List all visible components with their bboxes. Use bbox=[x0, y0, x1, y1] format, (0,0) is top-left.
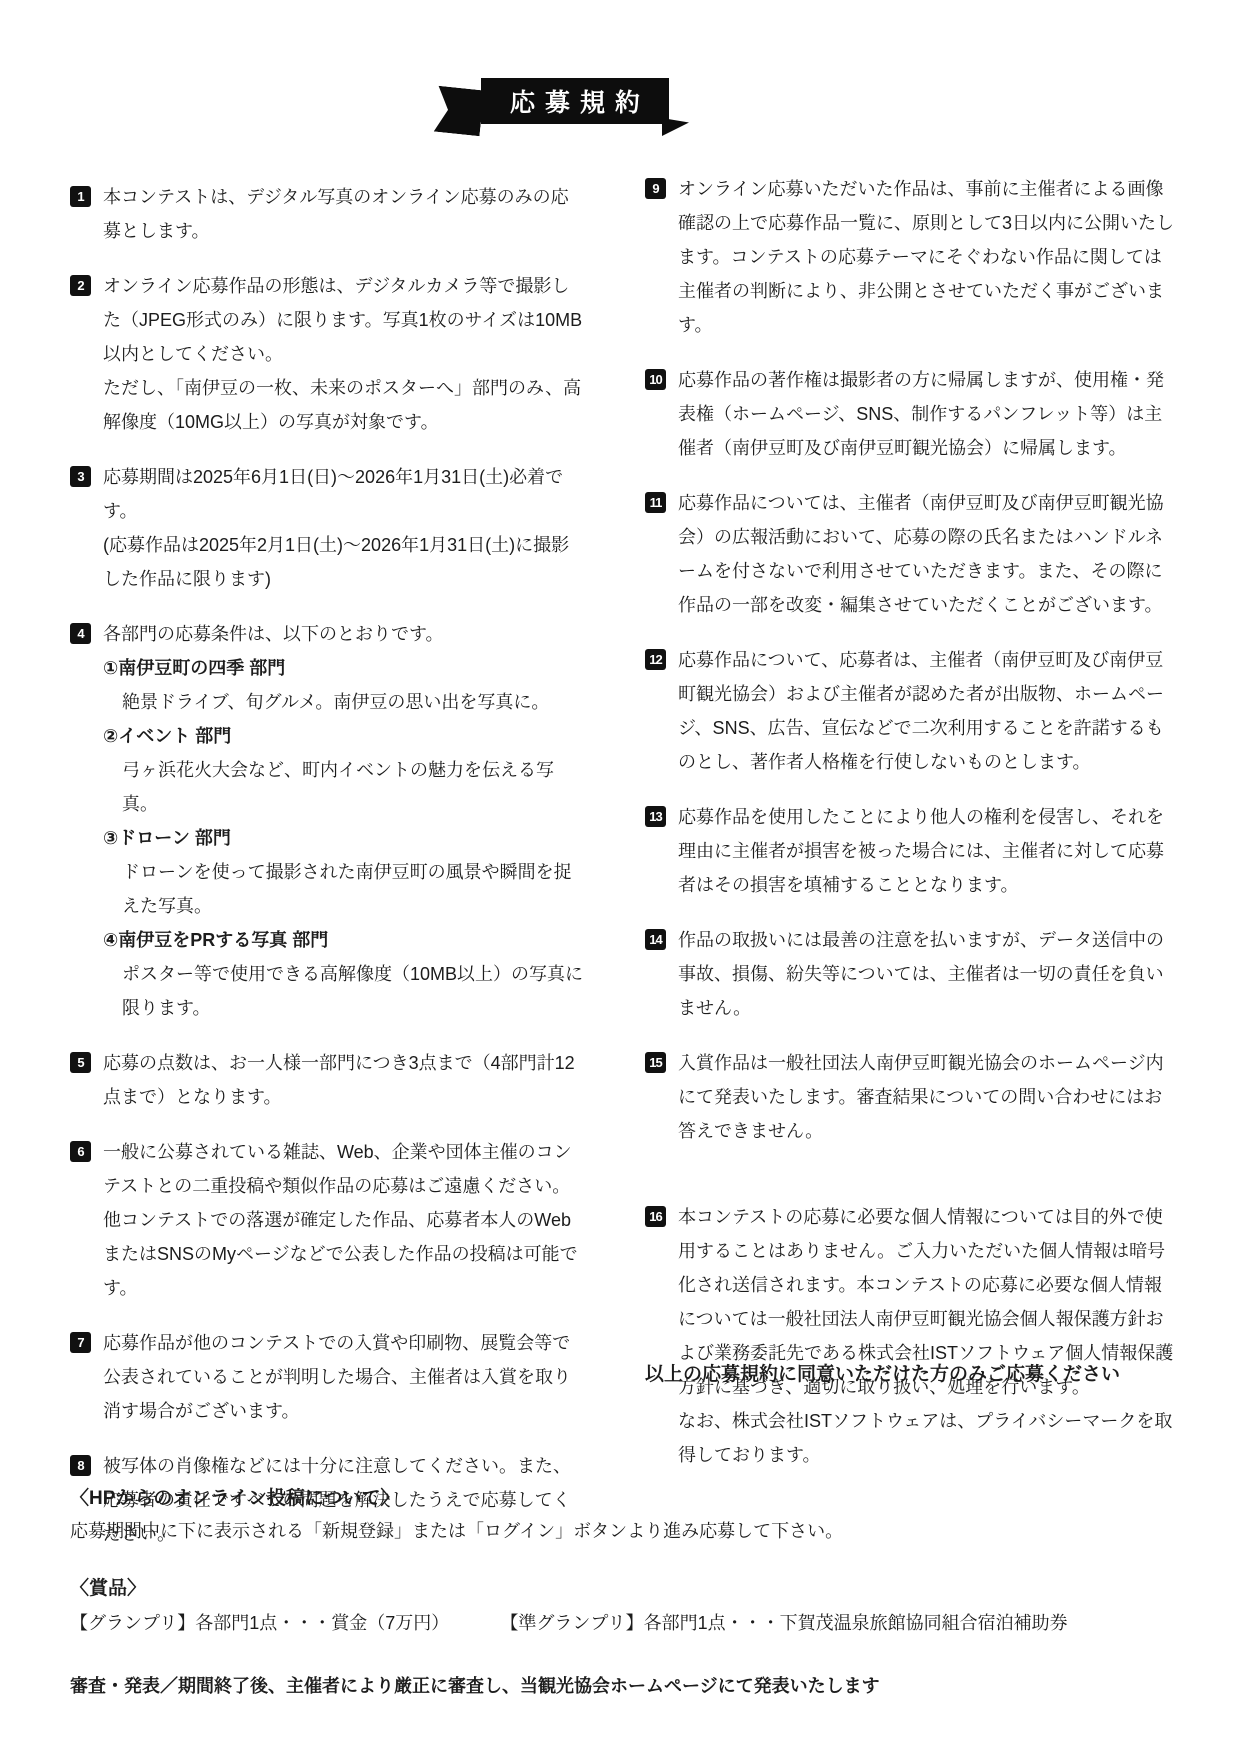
category-heading: ②イベント 部門 bbox=[103, 719, 584, 753]
rule-number-badge: 6 bbox=[70, 1141, 91, 1162]
rule-item-16: 16 本コンテストの応募に必要な個人情報については目的外で使用することはありませ… bbox=[645, 1200, 1175, 1472]
rule-number-badge: 10 bbox=[645, 369, 666, 390]
rule-item-3: 3 応募期間は2025年6月1日(日)～2026年1月31日(土)必着です。 (… bbox=[70, 460, 584, 596]
rule-number-badge: 4 bbox=[70, 623, 91, 644]
rule-item-7: 7 応募作品が他のコンテストでの入賞や印刷物、展覧会等で公表されていることが判明… bbox=[70, 1326, 584, 1428]
rule-text: 入賞作品は一般社団法人南伊豆町観光協会のホームページ内にて発表いたします。審査結… bbox=[678, 1046, 1175, 1148]
prizes-heading: 〈賞品〉 bbox=[70, 1572, 1180, 1605]
rule-text: 応募の点数は、お一人様一部門につき3点まで（4部門計12点まで）となります。 bbox=[103, 1046, 584, 1114]
rule-text: 作品の取扱いには最善の注意を払いますが、データ送信中の事故、損傷、紛失等について… bbox=[678, 923, 1175, 1025]
rule-number-badge: 2 bbox=[70, 275, 91, 296]
prize-semi-grand-prix: 【準グランプリ】各部門1点・・・下賀茂温泉旅館協同組合宿泊補助券 bbox=[500, 1613, 1067, 1633]
rule-text: 応募作品の著作権は撮影者の方に帰属しますが、使用権・発表権（ホームページ、SNS… bbox=[678, 363, 1175, 465]
rule-item-2: 2 オンライン応募作品の形態は、デジタルカメラ等で撮影した（JPEG形式のみ）に… bbox=[70, 269, 584, 439]
prize-grand-prix: 【グランプリ】各部門1点・・・賞金（7万円） bbox=[70, 1613, 449, 1633]
footer-section: 〈HPからのオンライン投稿について〉 応募期間中に下に表示される「新規登録」また… bbox=[70, 1482, 1180, 1703]
rule-number-badge: 9 bbox=[645, 178, 666, 199]
rule-item-12: 12 応募作品について、応募者は、主催者（南伊豆町及び南伊豆町観光協会）および主… bbox=[645, 643, 1175, 779]
online-posting-heading: 〈HPからのオンライン投稿について〉 bbox=[70, 1482, 1180, 1515]
rule-item-14: 14 作品の取扱いには最善の注意を払いますが、データ送信中の事故、損傷、紛失等に… bbox=[645, 923, 1175, 1025]
rule-text: 応募作品を使用したことにより他人の権利を侵害し、それを理由に主催者が損害を被った… bbox=[678, 800, 1175, 902]
ribbon-left-tail-icon bbox=[434, 86, 485, 137]
rule-number-badge: 13 bbox=[645, 806, 666, 827]
rule-item-15: 15 入賞作品は一般社団法人南伊豆町観光協会のホームページ内にて発表いたします。… bbox=[645, 1046, 1175, 1148]
rule-number-badge: 5 bbox=[70, 1052, 91, 1073]
rule-item-6: 6 一般に公募されている雑誌、Web、企業や団体主催のコンテストとの二重投稿や類… bbox=[70, 1135, 584, 1305]
category-section: ③ドローン 部門 ドローンを使って撮影された南伊豆町の風景や瞬間を捉えた写真。 bbox=[103, 821, 584, 923]
online-posting-text: 応募期間中に下に表示される「新規登録」または「ログイン」ボタンより進み応募して下… bbox=[70, 1515, 1180, 1548]
category-description: 弓ヶ浜花火大会など、町内イベントの魅力を伝える写真。 bbox=[103, 753, 584, 821]
category-section: ④南伊豆をPRする写真 部門 ポスター等で使用できる高解像度（10MB以上）の写… bbox=[103, 923, 584, 1025]
rule-item-11: 11 応募作品については、主催者（南伊豆町及び南伊豆町観光協会）の広報活動におい… bbox=[645, 486, 1175, 622]
rule-item-13: 13 応募作品を使用したことにより他人の権利を侵害し、それを理由に主催者が損害を… bbox=[645, 800, 1175, 902]
rule-text: 応募作品については、主催者（南伊豆町及び南伊豆町観光協会）の広報活動において、応… bbox=[678, 486, 1175, 622]
category-description: ドローンを使って撮影された南伊豆町の風景や瞬間を捉えた写真。 bbox=[103, 855, 584, 923]
rule-text: 応募作品について、応募者は、主催者（南伊豆町及び南伊豆町観光協会）および主催者が… bbox=[678, 643, 1175, 779]
rule-item-9: 9 オンライン応募いただいた作品は、事前に主催者による画像確認の上で応募作品一覧… bbox=[645, 172, 1175, 342]
category-heading: ①南伊豆町の四季 部門 bbox=[103, 651, 584, 685]
rule-text: 一般に公募されている雑誌、Web、企業や団体主催のコンテストとの二重投稿や類似作… bbox=[103, 1135, 584, 1305]
rule-text: オンライン応募作品の形態は、デジタルカメラ等で撮影した（JPEG形式のみ）に限り… bbox=[103, 269, 584, 439]
rule-number-badge: 12 bbox=[645, 649, 666, 670]
rule-item-4: 4 各部門の応募条件は、以下のとおりです。 ①南伊豆町の四季 部門 絶景ドライブ… bbox=[70, 617, 584, 1025]
rules-left-column: 1 本コンテストは、デジタル写真のオンライン応募のみの応募とします。 2 オンラ… bbox=[70, 180, 584, 1572]
rule-text: 各部門の応募条件は、以下のとおりです。 bbox=[103, 617, 584, 651]
category-section: ①南伊豆町の四季 部門 絶景ドライブ、旬グルメ。南伊豆の思い出を写真に。 bbox=[103, 651, 584, 719]
rule-text: 本コンテストの応募に必要な個人情報については目的外で使用することはありません。ご… bbox=[678, 1200, 1175, 1472]
rule-text: 本コンテストは、デジタル写真のオンライン応募のみの応募とします。 bbox=[103, 180, 584, 248]
rule-4-sections: ①南伊豆町の四季 部門 絶景ドライブ、旬グルメ。南伊豆の思い出を写真に。 ②イベ… bbox=[103, 651, 584, 1025]
rule-item-5: 5 応募の点数は、お一人様一部門につき3点まで（4部門計12点まで）となります。 bbox=[70, 1046, 584, 1114]
rule-text: 応募期間は2025年6月1日(日)～2026年1月31日(土)必着です。 (応募… bbox=[103, 460, 584, 596]
page-title: 応募規約 bbox=[500, 83, 650, 119]
rule-number-badge: 7 bbox=[70, 1332, 91, 1353]
rule-number-badge: 3 bbox=[70, 466, 91, 487]
prize-line: 【グランプリ】各部門1点・・・賞金（7万円） 【準グランプリ】各部門1点・・・下… bbox=[70, 1607, 1180, 1640]
rule-text: 応募作品が他のコンテストでの入賞や印刷物、展覧会等で公表されていることが判明した… bbox=[103, 1326, 584, 1428]
rule-number-badge: 11 bbox=[645, 492, 666, 513]
rule-item-10: 10 応募作品の著作権は撮影者の方に帰属しますが、使用権・発表権（ホームページ、… bbox=[645, 363, 1175, 465]
category-heading: ③ドローン 部門 bbox=[103, 821, 584, 855]
rule-item-1: 1 本コンテストは、デジタル写真のオンライン応募のみの応募とします。 bbox=[70, 180, 584, 248]
rule-number-badge: 16 bbox=[645, 1206, 666, 1227]
judging-announcement-text: 審査・発表／期間終了後、主催者により厳正に審査し、当観光協会ホームページにて発表… bbox=[70, 1670, 1180, 1703]
rule-text: オンライン応募いただいた作品は、事前に主催者による画像確認の上で応募作品一覧に、… bbox=[678, 172, 1175, 342]
category-description: 絶景ドライブ、旬グルメ。南伊豆の思い出を写真に。 bbox=[103, 685, 584, 719]
title-banner: 応募規約 bbox=[481, 78, 669, 124]
rule-number-badge: 15 bbox=[645, 1052, 666, 1073]
category-heading: ④南伊豆をPRする写真 部門 bbox=[103, 923, 584, 957]
agreement-note: 以上の応募規約に同意いただけた方のみご応募ください bbox=[645, 1360, 1205, 1390]
rule-number-badge: 14 bbox=[645, 929, 666, 950]
rules-right-column: 9 オンライン応募いただいた作品は、事前に主催者による画像確認の上で応募作品一覧… bbox=[645, 172, 1175, 1493]
rule-number-badge: 1 bbox=[70, 186, 91, 207]
rule-number-badge: 8 bbox=[70, 1455, 91, 1476]
category-description: ポスター等で使用できる高解像度（10MB以上）の写真に限ります。 bbox=[103, 957, 584, 1025]
category-section: ②イベント 部門 弓ヶ浜花火大会など、町内イベントの魅力を伝える写真。 bbox=[103, 719, 584, 821]
